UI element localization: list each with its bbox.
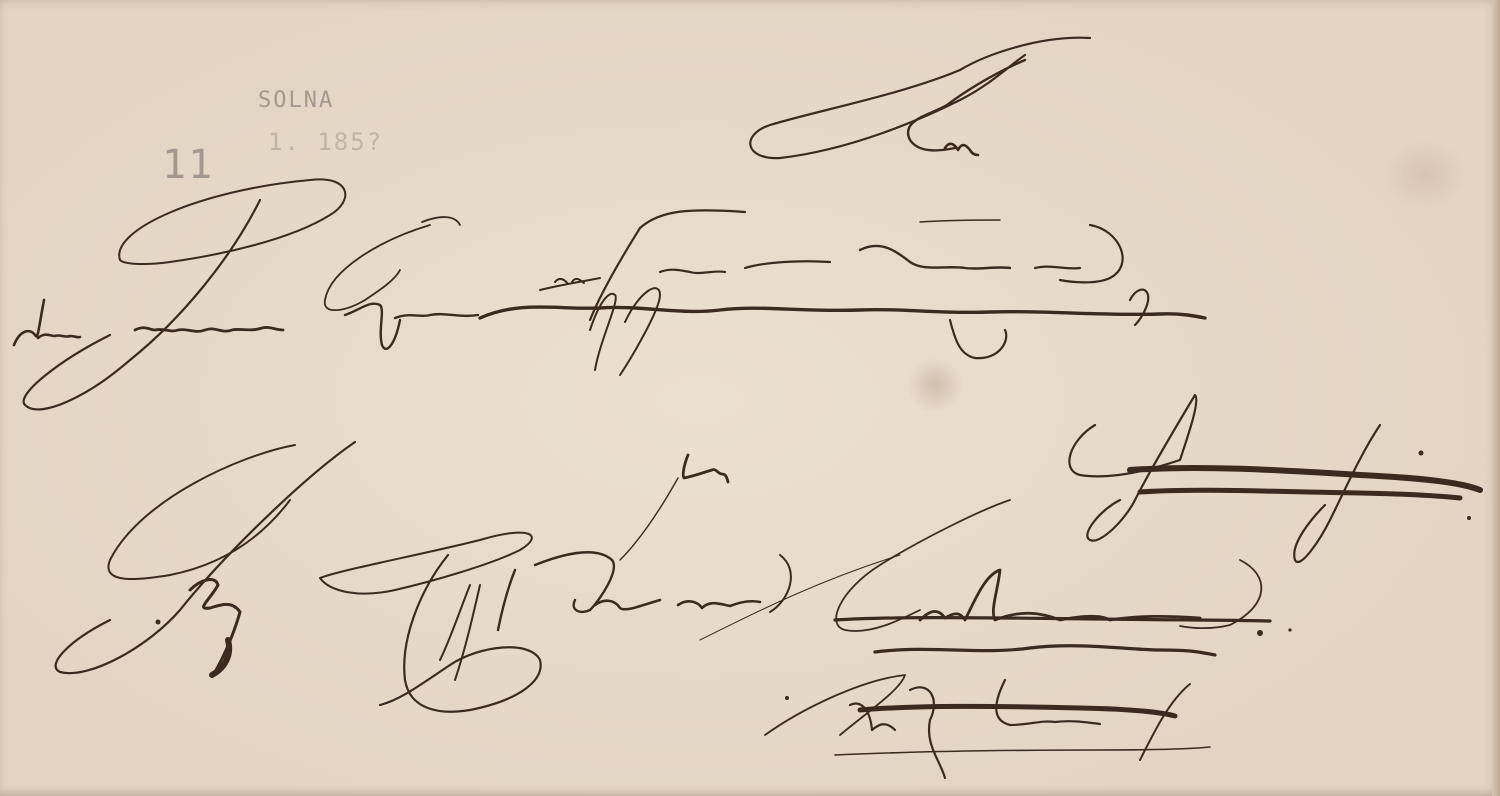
crossed-out-lettenhain (1069, 395, 1480, 562)
handwriting (0, 0, 1500, 796)
title-correction (540, 210, 1123, 320)
salutation-an (750, 38, 1090, 158)
prefix-den-herrn (14, 179, 345, 409)
town-cissbowa (320, 533, 900, 712)
crossed-out-ansbach (765, 675, 1210, 778)
abbreviation-fr (56, 442, 355, 675)
letter-cover: SOLNA 11 1. 185? (0, 0, 1500, 796)
preposition-in (620, 455, 728, 560)
crossed-out-baden (835, 500, 1292, 655)
title-crossed-out (325, 217, 1205, 375)
